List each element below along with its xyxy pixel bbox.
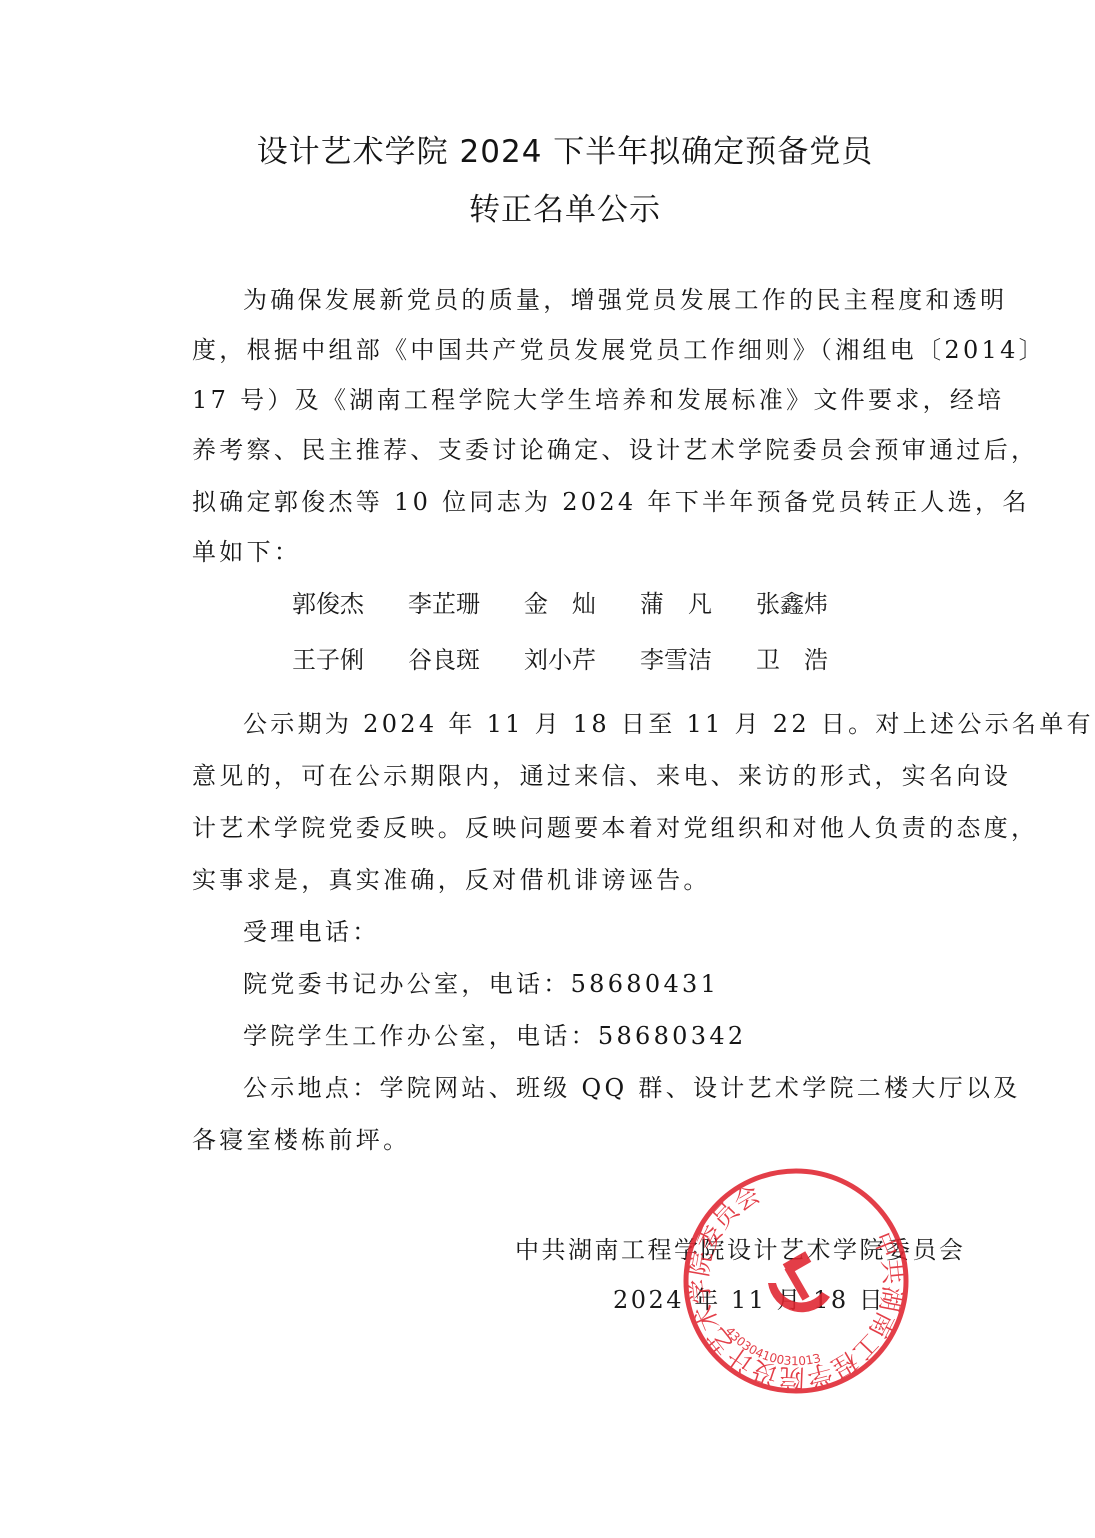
document-title-line-1: 设计艺术学院 2024 下半年拟确定预备党员 <box>0 126 1095 171</box>
intro-paragraph-line: 17 号）及《湖南工程学院大学生培养和发展标准》文件要求，经培 <box>192 380 1004 415</box>
intro-paragraph-line: 拟确定郭俊杰等 10 位同志为 2024 年下半年预备党员转正人选，名 <box>192 482 1030 517</box>
period-paragraph-line: 意见的，可在公示期限内，通过来信、来电、来访的形式，实名向设 <box>192 756 1011 791</box>
candidate-name: 刘小芹 <box>524 640 596 675</box>
contact-heading: 受理电话： <box>243 912 380 947</box>
period-paragraph-line: 公示期为 2024 年 11 月 18 日至 11 月 22 日。对上述公示名单… <box>243 704 1094 739</box>
location-line: 公示地点：学院网站、班级 QQ 群、设计艺术学院二楼大厅以及 <box>243 1068 1021 1103</box>
candidate-name: 王子俐 <box>292 640 364 675</box>
official-seal-stamp: 中共湖南工程学院设计艺术学院委员会 4303041003101З <box>680 1165 912 1397</box>
candidate-name: 谷良斑 <box>408 640 480 675</box>
candidate-name: 蒲 凡 <box>640 584 712 619</box>
candidate-name: 张鑫炜 <box>756 584 828 619</box>
location-line: 各寝室楼栋前坪。 <box>192 1120 410 1155</box>
candidate-name: 李雪洁 <box>640 640 712 675</box>
candidate-name: 郭俊杰 <box>292 584 364 619</box>
intro-paragraph-line: 为确保发展新党员的质量，增强党员发展工作的民主程度和透明 <box>243 280 1007 315</box>
period-paragraph-line: 计艺术学院党委反映。反映问题要本着对党组织和对他人负责的态度， <box>192 808 1038 843</box>
period-paragraph-line: 实事求是，真实准确，反对借机诽谤诬告。 <box>192 860 711 895</box>
document-page: 设计艺术学院 2024 下半年拟确定预备党员 转正名单公示 为确保发展新党员的质… <box>0 0 1095 1538</box>
contact-office-2: 学院学生工作办公室，电话：58680342 <box>243 1016 746 1051</box>
candidate-name: 卫 浩 <box>756 640 828 675</box>
candidate-name: 金 灿 <box>524 584 596 619</box>
contact-office-1: 院党委书记办公室，电话：58680431 <box>243 964 719 999</box>
candidate-name: 李芷珊 <box>408 584 480 619</box>
intro-paragraph-line: 单如下： <box>192 532 301 567</box>
intro-paragraph-line: 度，根据中组部《中国共产党员发展党员工作细则》（湘组电〔2014〕 <box>192 330 1046 365</box>
hammer-sickle-icon <box>768 1251 830 1312</box>
intro-paragraph-line: 养考察、民主推荐、支委讨论确定、设计艺术学院委员会预审通过后， <box>192 430 1038 465</box>
document-title-line-2: 转正名单公示 <box>0 184 1095 229</box>
